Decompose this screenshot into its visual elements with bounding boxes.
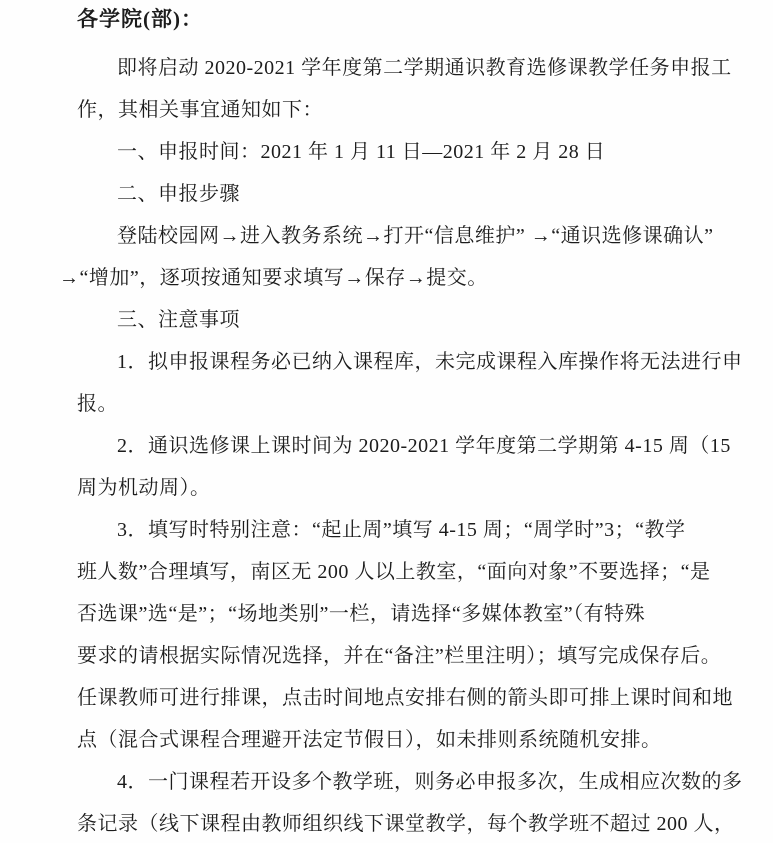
text-line-note2-2: 周为机动周）。 — [77, 467, 737, 509]
text-line-note4-1: 4．一门课程若开设多个教学班，则务必申报多次，生成相应次数的多 — [77, 761, 737, 803]
text-line-note1-2: 报。 — [77, 383, 737, 425]
text-line-section3-title: 三、注意事项 — [77, 299, 737, 341]
text-line-note3-3: 否选课”选“是”；“场地类别”一栏，请选择“多媒体教室”（有特殊 — [77, 593, 737, 635]
text-line-note3-1: 3．填写时特别注意：“起止周”填写 4-15 周；“周学时”3；“教学 — [77, 509, 737, 551]
text-line-section2-title: 二、申报步骤 — [77, 173, 737, 215]
text-line-section1-time: 一、申报时间：2021 年 1 月 11 日—2021 年 2 月 28 日 — [77, 131, 737, 173]
document-body: 各学院(部)： 即将启动 2020-2021 学年度第二学期通识教育选修课教学任… — [77, 0, 737, 843]
text-line-intro-1: 即将启动 2020-2021 学年度第二学期通识教育选修课教学任务申报工 — [77, 47, 737, 89]
text-line-note3-5: 任课教师可进行排课，点击时间地点安排右侧的箭头即可排上课时间和地 — [77, 677, 737, 719]
document-page: 各学院(部)： 即将启动 2020-2021 学年度第二学期通识教育选修课教学任… — [0, 0, 773, 843]
text-line-note3-6: 点（混合式课程合理避开法定节假日），如未排则系统随机安排。 — [77, 719, 737, 761]
text-line-steps-1: 登陆校园网→进入教务系统→打开“信息维护” →“通识选修课确认” — [77, 215, 737, 257]
document-salutation: 各学院(部)： — [77, 0, 737, 47]
text-line-note3-2: 班人数”合理填写，南区无 200 人以上教室，“面向对象”不要选择；“是 — [77, 551, 737, 593]
text-line-note4-2: 条记录（线下课程由教师组织线下课堂教学，每个教学班不超过 200 人， — [77, 803, 737, 843]
text-line-steps-2: →“增加”，逐项按通知要求填写→保存→提交。 — [59, 257, 737, 299]
text-line-note1-1: 1．拟申报课程务必已纳入课程库，未完成课程入库操作将无法进行申 — [77, 341, 737, 383]
text-line-note2-1: 2．通识选修课上课时间为 2020-2021 学年度第二学期第 4-15 周（1… — [77, 425, 737, 467]
text-line-intro-2: 作，其相关事宜通知如下： — [77, 89, 737, 131]
text-line-note3-4: 要求的请根据实际情况选择，并在“备注”栏里注明）；填写完成保存后。 — [77, 635, 737, 677]
